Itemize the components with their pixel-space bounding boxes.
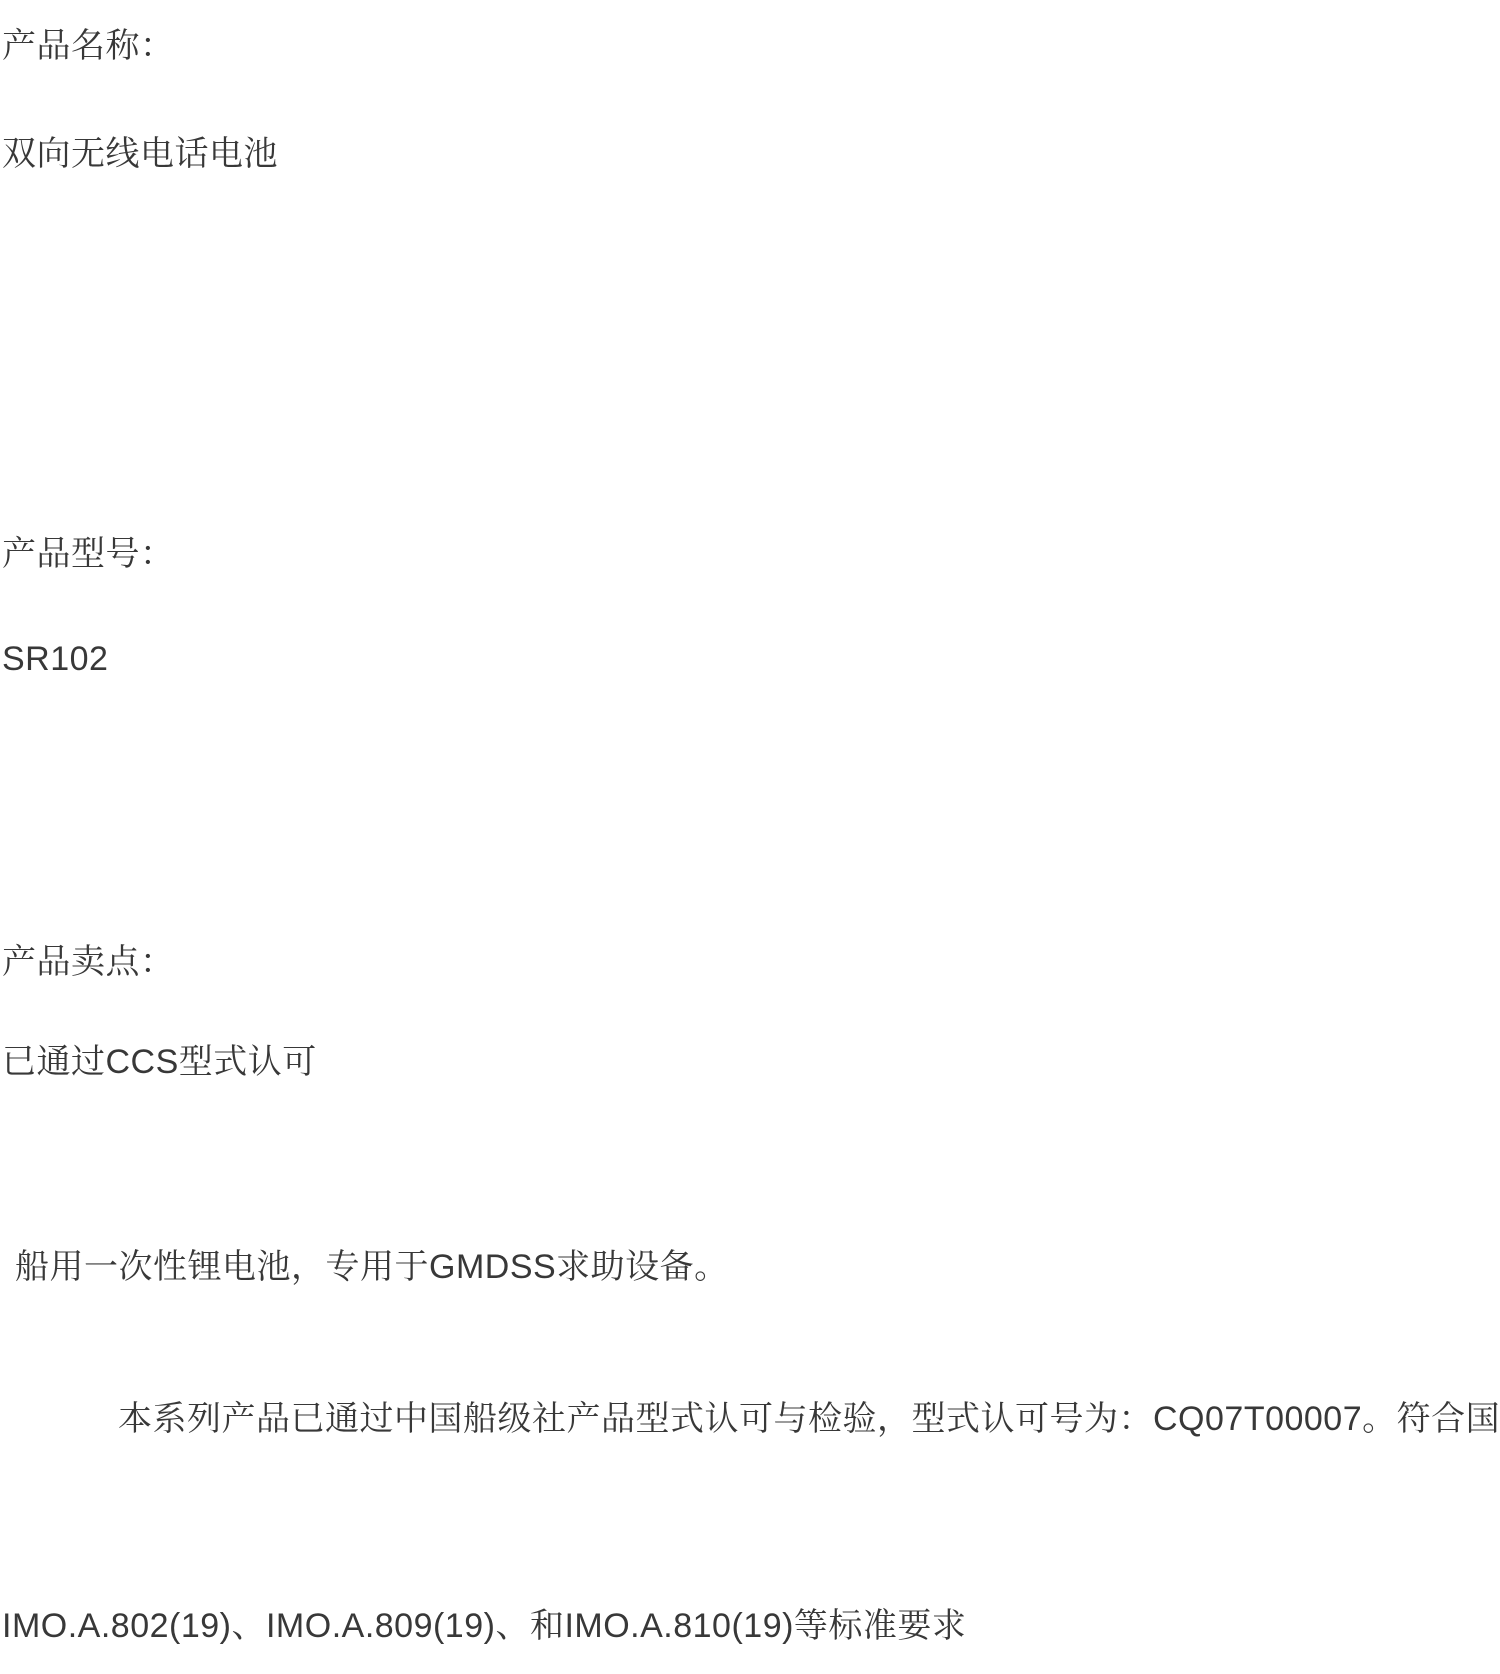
- product-description-page: 产品名称： 双向无线电话电池 产品型号： SR102 产品卖点： 已通过CCS型…: [0, 0, 1500, 1674]
- product-name-label: 产品名称：: [2, 26, 175, 67]
- description-line-standards: IMO.A.802(19)、IMO.A.809(19)、和IMO.A.810(1…: [2, 1606, 966, 1647]
- product-model-label: 产品型号：: [2, 534, 175, 575]
- selling-points-value: 已通过CCS型式认可: [2, 1042, 317, 1083]
- product-name-value: 双向无线电话电池: [2, 134, 278, 175]
- description-line-battery: 船用一次性锂电池，专用于GMDSS求助设备。: [15, 1247, 729, 1288]
- product-model-value: SR102: [2, 639, 108, 680]
- description-line-approval: 本系列产品已通过中国船级社产品型式认可与检验，型式认可号为：CQ07T00007…: [118, 1399, 1500, 1440]
- selling-points-label: 产品卖点：: [2, 942, 175, 983]
